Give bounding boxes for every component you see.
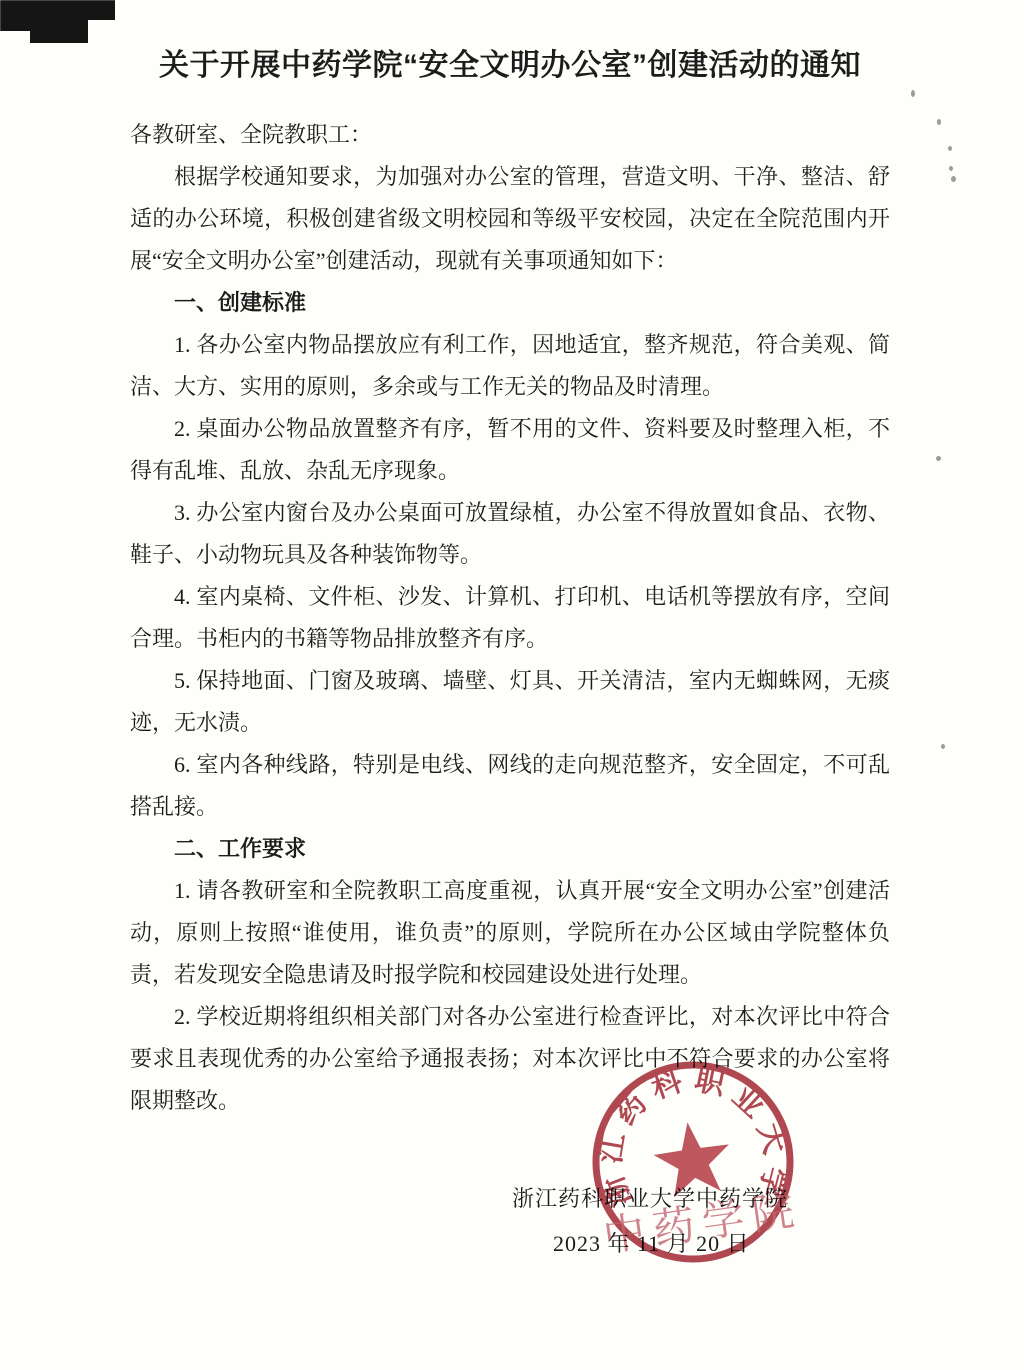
document-page: 关于开展中药学院“安全文明办公室”创建活动的通知 各教研室、全院教职工： 根据学…	[0, 0, 1024, 1370]
official-seal: 浙江药科职业大学 中药学院	[568, 1037, 818, 1287]
scan-speck	[937, 119, 941, 125]
scan-artifact-top-left	[0, 0, 118, 46]
paragraph: 6. 室内各种线路，特别是电线、网线的走向规范整齐，安全固定，不可乱搭乱接。	[130, 744, 890, 828]
salutation: 各教研室、全院教职工：	[130, 114, 890, 156]
paragraph: 2. 桌面办公物品放置整齐有序，暂不用的文件、资料要及时整理入柜，不得有乱堆、乱…	[130, 408, 890, 492]
scan-speck	[941, 744, 945, 749]
star-icon	[650, 1117, 735, 1199]
section-heading: 二、工作要求	[130, 828, 890, 870]
paragraph: 1. 各办公室内物品摆放应有利工作，因地适宜，整齐规范，符合美观、简洁、大方、实…	[130, 324, 890, 408]
scan-speck	[949, 166, 953, 171]
scan-speck	[951, 176, 956, 182]
paragraph: 1. 请各教研室和全院教职工高度重视，认真开展“安全文明办公室”创建活动，原则上…	[130, 870, 890, 996]
document-content: 关于开展中药学院“安全文明办公室”创建活动的通知 各教研室、全院教职工： 根据学…	[0, 48, 1024, 1122]
section-heading: 一、创建标准	[130, 282, 890, 324]
paragraph: 4. 室内桌椅、文件柜、沙发、计算机、打印机、电话机等摆放有序，空间合理。书柜内…	[130, 576, 890, 660]
page-title: 关于开展中药学院“安全文明办公室”创建活动的通知	[130, 48, 890, 84]
paragraph: 3. 办公室内窗台及办公桌面可放置绿植，办公室不得放置如食品、衣物、鞋子、小动物…	[130, 492, 890, 576]
paragraph: 根据学校通知要求，为加强对办公室的管理，营造文明、干净、整洁、舒适的办公环境，积…	[130, 156, 890, 282]
scan-speck	[948, 146, 952, 151]
scan-speck	[911, 90, 915, 97]
scan-speck	[936, 456, 941, 461]
paragraph: 5. 保持地面、门窗及玻璃、墙壁、灯具、开关清洁，室内无蜘蛛网，无痰迹，无水渍。	[130, 660, 890, 744]
